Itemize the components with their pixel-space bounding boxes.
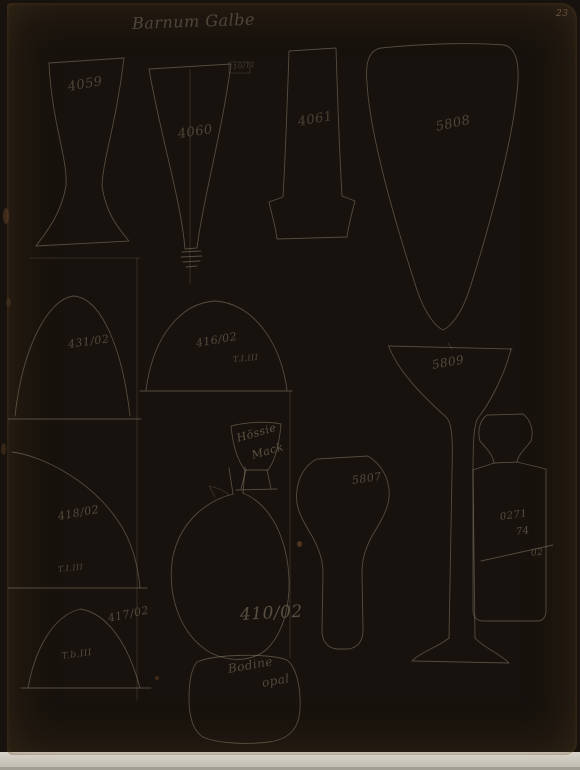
foxing-spot bbox=[297, 541, 302, 547]
annotation-bottle-line2: 74 bbox=[515, 525, 530, 538]
jug-spout-outline bbox=[209, 486, 229, 497]
finial-cap-outline bbox=[479, 414, 532, 463]
goblet-top-tick bbox=[448, 343, 452, 349]
scanned-page: Barnum Galbe 23 4059 10/11 4060 4061 580… bbox=[0, 0, 580, 770]
foxing-spot bbox=[155, 676, 159, 680]
jug-body-outline bbox=[171, 493, 289, 659]
tapered-vase-hatch-marks bbox=[181, 251, 202, 267]
foxing-spot bbox=[1, 443, 6, 455]
waisted-vase-outline bbox=[296, 456, 389, 649]
dome-left-outline bbox=[15, 296, 130, 416]
sketch-and-annotations-layer: Barnum Galbe 23 4059 10/11 4060 4061 580… bbox=[0, 0, 580, 770]
goblet-left-profile bbox=[389, 347, 452, 638]
finial-body-outline bbox=[473, 462, 546, 621]
annotation-plate-number: 410/02 bbox=[239, 602, 303, 625]
club-vase-outline bbox=[367, 44, 519, 330]
goblet-right-profile bbox=[473, 349, 511, 638]
goblet-foot-outline bbox=[412, 638, 509, 663]
small-cup-foot-lines bbox=[236, 470, 277, 490]
stepped-bottle-outline bbox=[269, 48, 355, 239]
page-number: 23 bbox=[556, 9, 568, 19]
foxing-spot bbox=[6, 298, 11, 307]
foxing-spot bbox=[3, 208, 9, 224]
annotation-bottle-line3: 02 bbox=[530, 548, 543, 559]
